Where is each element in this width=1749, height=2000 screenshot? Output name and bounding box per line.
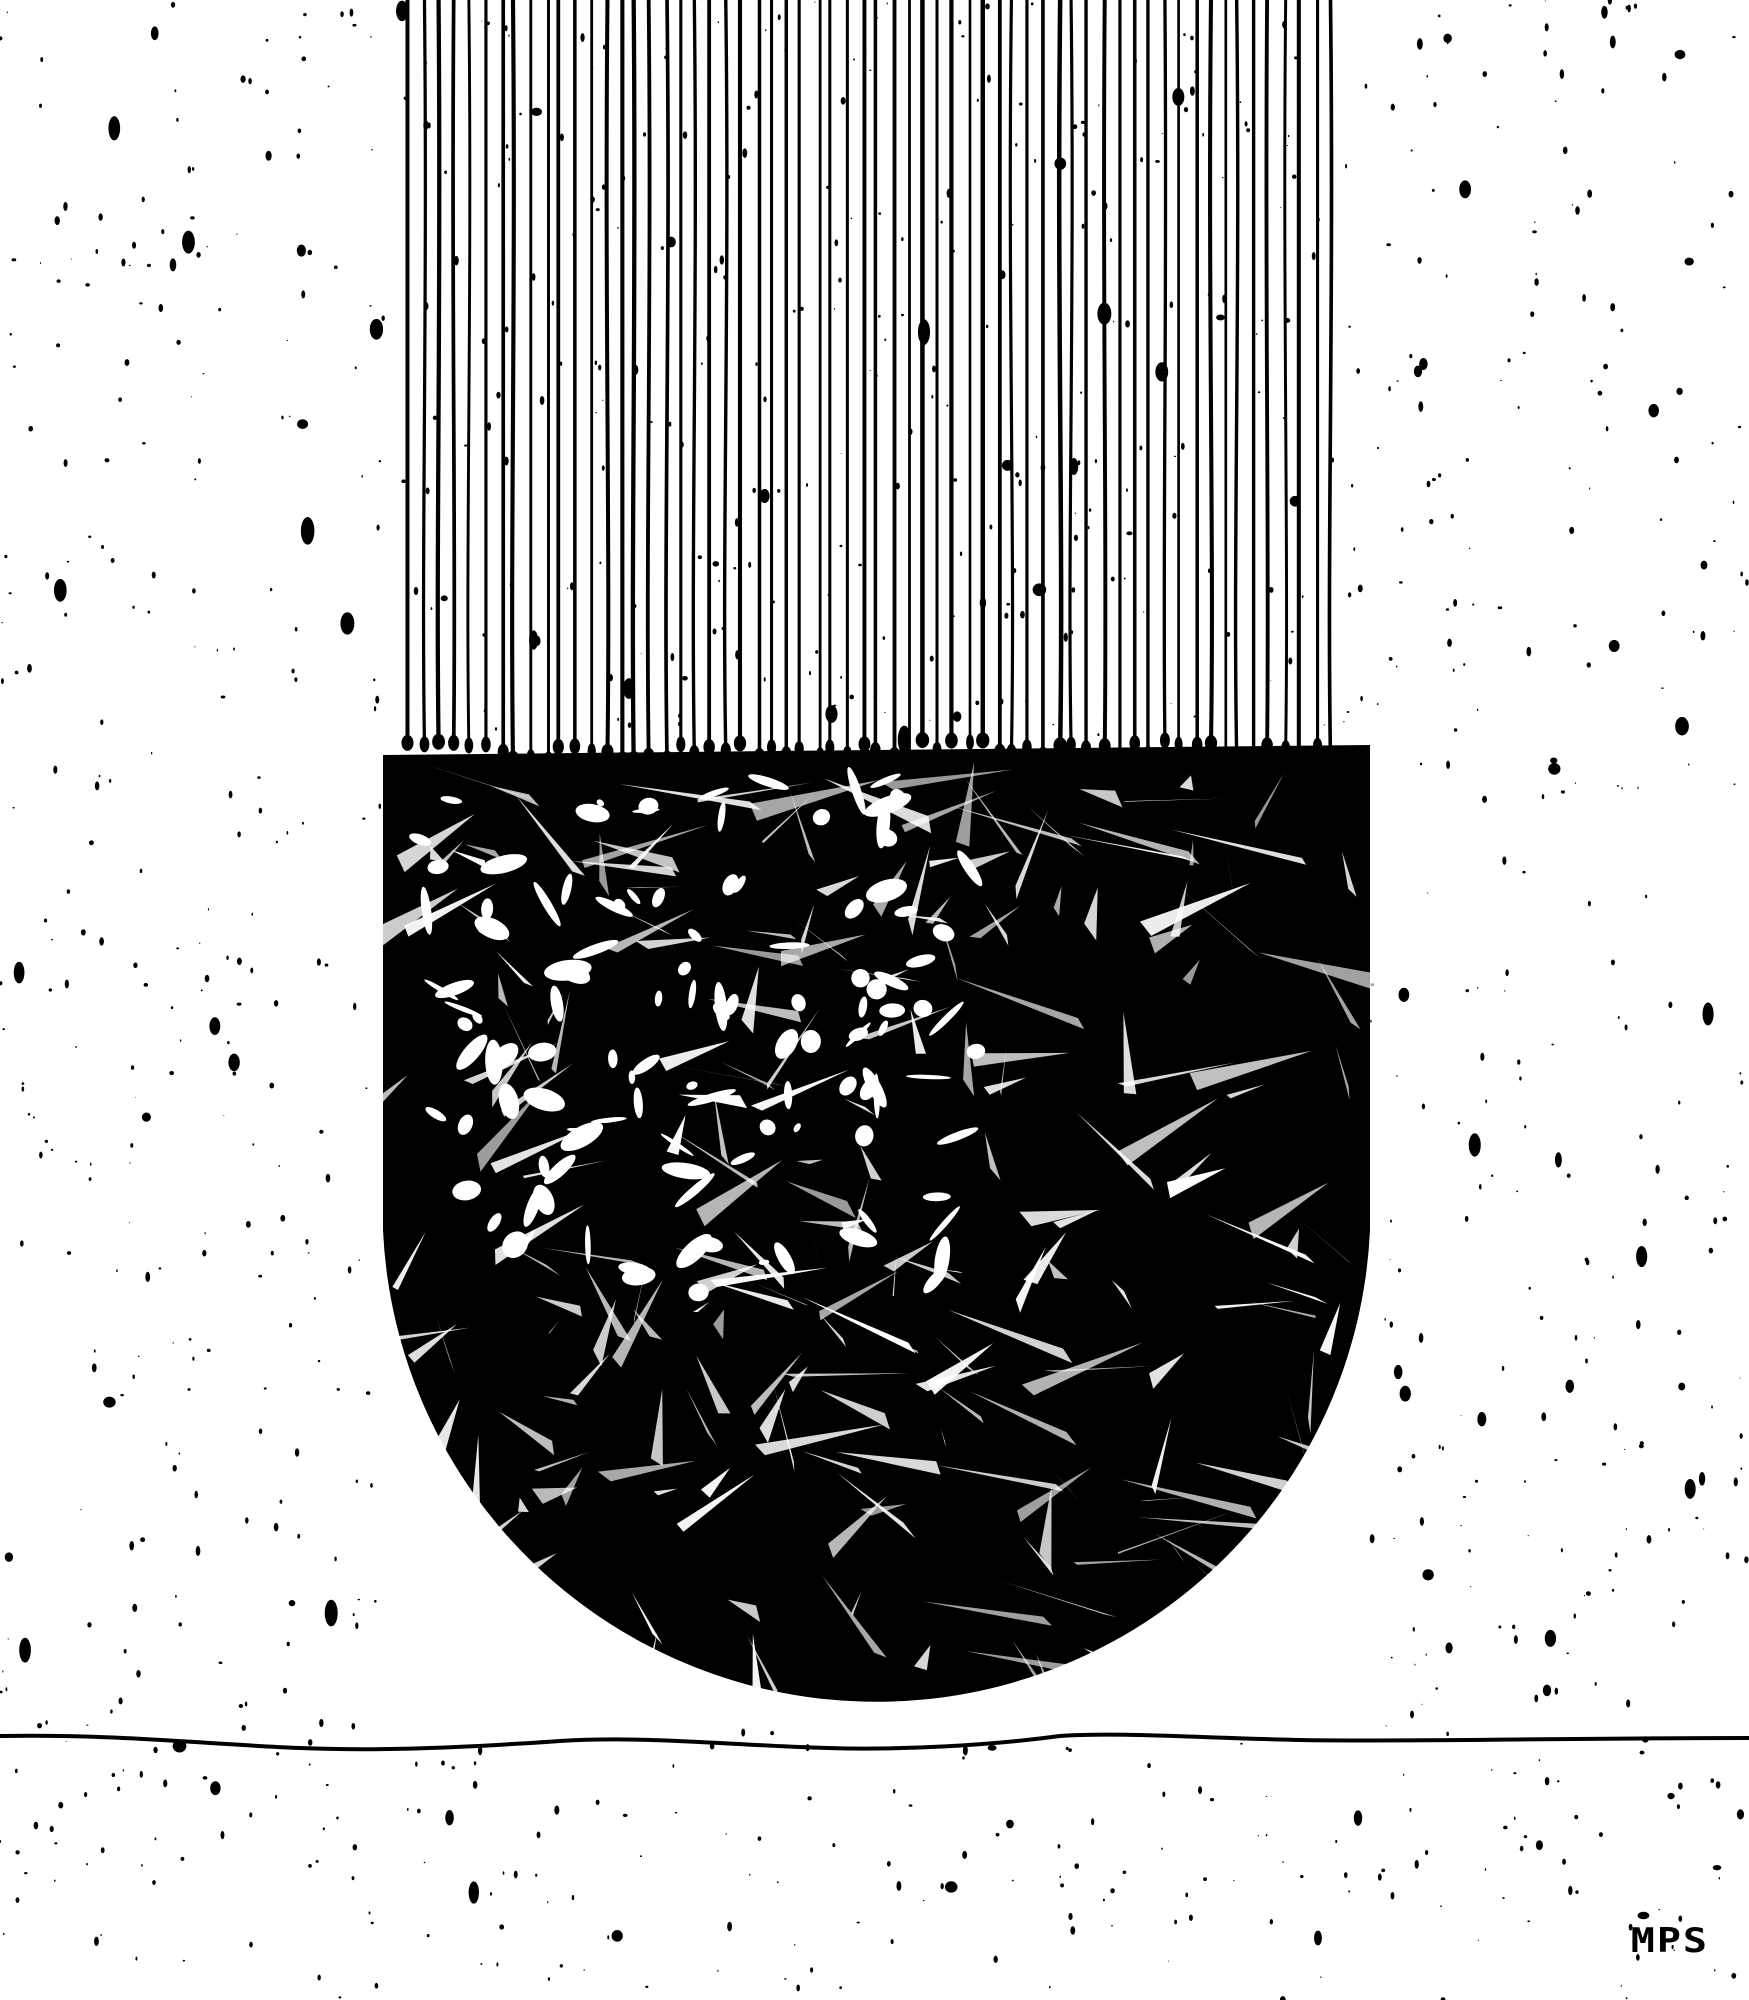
artwork-canvas [0, 0, 1749, 2000]
artist-signature: MPS [1631, 1921, 1709, 1960]
dripping-vertical-lines [401, 0, 1335, 767]
textured-u-shape [337, 745, 1380, 1727]
horizon-line [0, 1735, 1749, 1750]
